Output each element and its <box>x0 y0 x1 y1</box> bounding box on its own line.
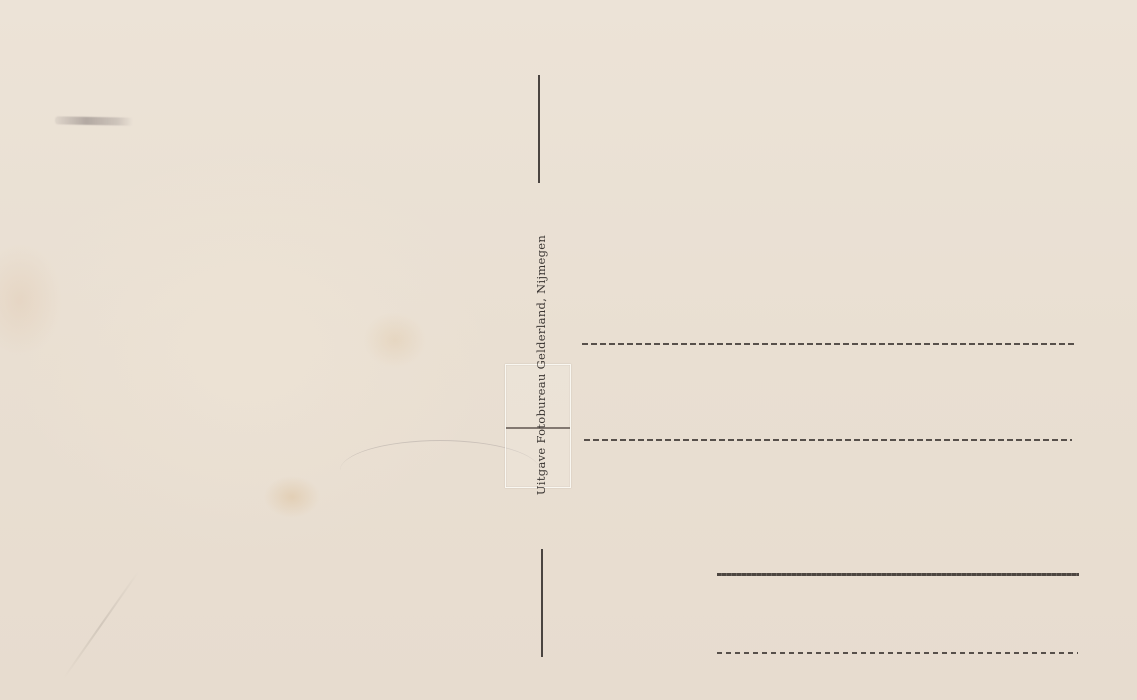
divider-line-top <box>538 75 540 183</box>
address-line-3 <box>717 573 1079 576</box>
address-line-2 <box>584 439 1072 441</box>
paper-crease <box>63 571 139 679</box>
divider-line-bottom <box>541 549 543 657</box>
ink-smudge <box>55 116 133 125</box>
publisher-imprint-text: Uitgave Fotobureau Gelderland, Nijmegen <box>534 235 548 495</box>
postcard-back: Uitgave Fotobureau Gelderland, Nijmegen <box>0 0 1137 700</box>
address-line-4 <box>717 652 1078 654</box>
address-line-1 <box>582 343 1077 345</box>
